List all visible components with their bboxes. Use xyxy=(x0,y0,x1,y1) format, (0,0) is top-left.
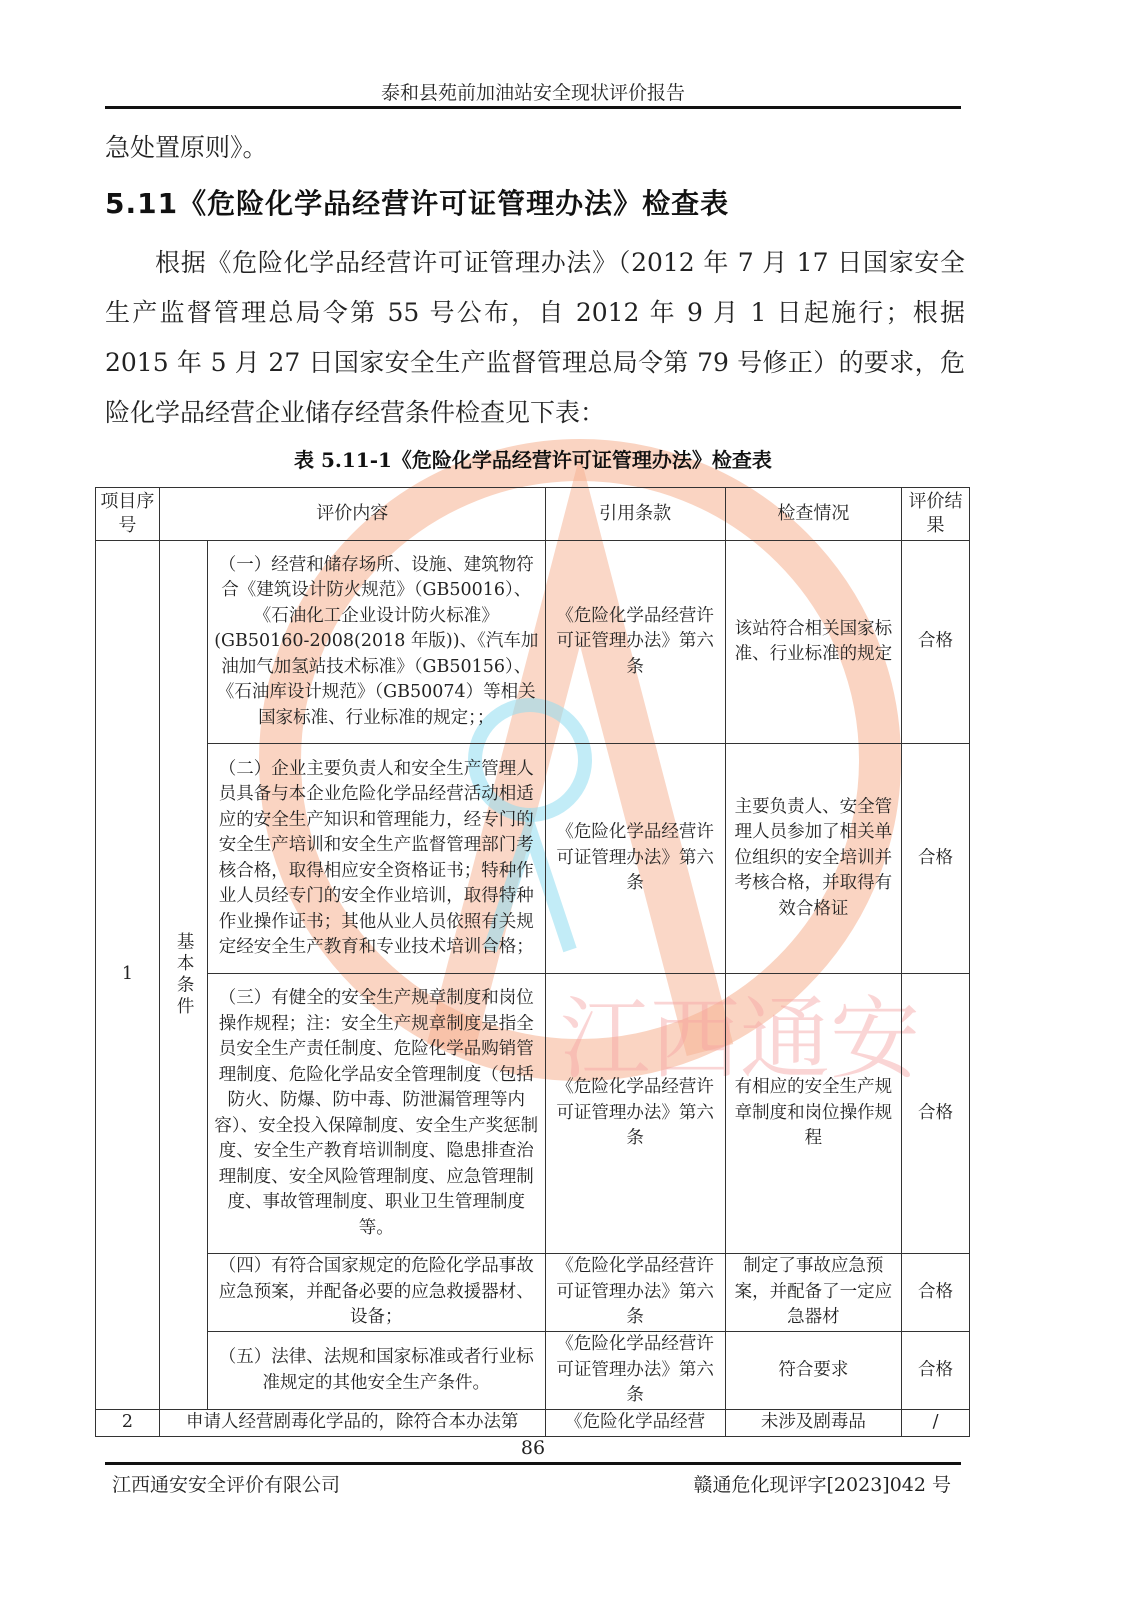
result-cell: 合格 xyxy=(902,1254,970,1332)
table-row: （四）有符合国家规定的危险化学品事故应急预案，并配备必要的应急救援器材、设备； … xyxy=(96,1254,970,1332)
reference-cell: 《危险化学品经营 xyxy=(545,1410,725,1437)
content-cell: （一）经营和储存场所、设施、建筑物符合《建筑设计防火规范》（GB50016）、《… xyxy=(207,541,545,744)
table-row: 1 基本条件 （一）经营和储存场所、设施、建筑物符合《建筑设计防火规范》（GB5… xyxy=(96,541,970,744)
header-item-no: 项目序号 xyxy=(96,488,160,541)
inspection-cell: 该站符合相关国家标准、行业标准的规定 xyxy=(725,541,902,744)
continuation-text: 急处置原则》。 xyxy=(105,128,268,164)
inspection-cell: 有相应的安全生产规章制度和岗位操作规程 xyxy=(725,974,902,1254)
table-row: （二）企业主要负责人和安全生产管理人员具备与本企业危险化学品经营活动相适应的安全… xyxy=(96,744,970,974)
category-cell: 基本条件 xyxy=(159,541,207,1410)
header-result: 评价结果 xyxy=(902,488,970,541)
item-number: 1 xyxy=(96,541,160,1410)
content-cell: （二）企业主要负责人和安全生产管理人员具备与本企业危险化学品经营活动相适应的安全… xyxy=(207,744,545,974)
header-inspection: 检查情况 xyxy=(725,488,902,541)
inspection-cell: 未涉及剧毒品 xyxy=(725,1410,902,1437)
header-reference: 引用条款 xyxy=(545,488,725,541)
checklist-table: 项目序号 评价内容 引用条款 检查情况 评价结果 1 基本条件 （一）经营和储存… xyxy=(95,487,970,1437)
reference-cell: 《危险化学品经营许可证管理办法》第六条 xyxy=(545,974,725,1254)
table-row: （五）法律、法规和国家标准或者行业标准规定的其他安全生产条件。 《危险化学品经营… xyxy=(96,1332,970,1410)
page-number: 86 xyxy=(105,1437,961,1459)
reference-cell: 《危险化学品经营许可证管理办法》第六条 xyxy=(545,1332,725,1410)
table-caption: 表 5.11-1《危险化学品经营许可证管理办法》检查表 xyxy=(105,444,961,473)
item-number: 2 xyxy=(96,1410,160,1437)
running-header-title: 泰和县苑前加油站安全现状评价报告 xyxy=(105,78,961,105)
body-paragraph: 根据《危险化学品经营许可证管理办法》（2012 年 7 月 17 日国家安全生产… xyxy=(105,238,965,438)
reference-cell: 《危险化学品经营许可证管理办法》第六条 xyxy=(545,1254,725,1332)
result-cell: 合格 xyxy=(902,1332,970,1410)
inspection-cell: 主要负责人、安全管理人员参加了相关单位组织的安全培训并考核合格，并取得有效合格证 xyxy=(725,744,902,974)
footer-divider xyxy=(105,1462,961,1465)
result-cell: 合格 xyxy=(902,974,970,1254)
footer-doc-number: 赣通危化现评字[2023]042 号 xyxy=(694,1470,951,1497)
content-cell: （三）有健全的安全生产规章制度和岗位操作规程；注：安全生产规章制度是指全员安全生… xyxy=(207,974,545,1254)
reference-cell: 《危险化学品经营许可证管理办法》第六条 xyxy=(545,744,725,974)
category-label: 基本条件 xyxy=(171,932,197,1018)
footer-company: 江西通安安全评价有限公司 xyxy=(112,1470,340,1497)
content-cell: （五）法律、法规和国家标准或者行业标准规定的其他安全生产条件。 xyxy=(207,1332,545,1410)
result-cell: 合格 xyxy=(902,744,970,974)
result-cell: 合格 xyxy=(902,541,970,744)
content-cell: 申请人经营剧毒化学品的，除符合本办法第 xyxy=(159,1410,545,1437)
table-row: （三）有健全的安全生产规章制度和岗位操作规程；注：安全生产规章制度是指全员安全生… xyxy=(96,974,970,1254)
content-cell: （四）有符合国家规定的危险化学品事故应急预案，并配备必要的应急救援器材、设备； xyxy=(207,1254,545,1332)
inspection-cell: 符合要求 xyxy=(725,1332,902,1410)
table-header-row: 项目序号 评价内容 引用条款 检查情况 评价结果 xyxy=(96,488,970,541)
header-content: 评价内容 xyxy=(159,488,545,541)
reference-cell: 《危险化学品经营许可证管理办法》第六条 xyxy=(545,541,725,744)
header-divider xyxy=(105,106,961,109)
result-cell: / xyxy=(902,1410,970,1437)
table-row: 2 申请人经营剧毒化学品的，除符合本办法第 《危险化学品经营 未涉及剧毒品 / xyxy=(96,1410,970,1437)
inspection-cell: 制定了事故应急预案，并配备了一定应急器材 xyxy=(725,1254,902,1332)
section-heading: 5.11《危险化学品经营许可证管理办法》检查表 xyxy=(105,182,729,222)
